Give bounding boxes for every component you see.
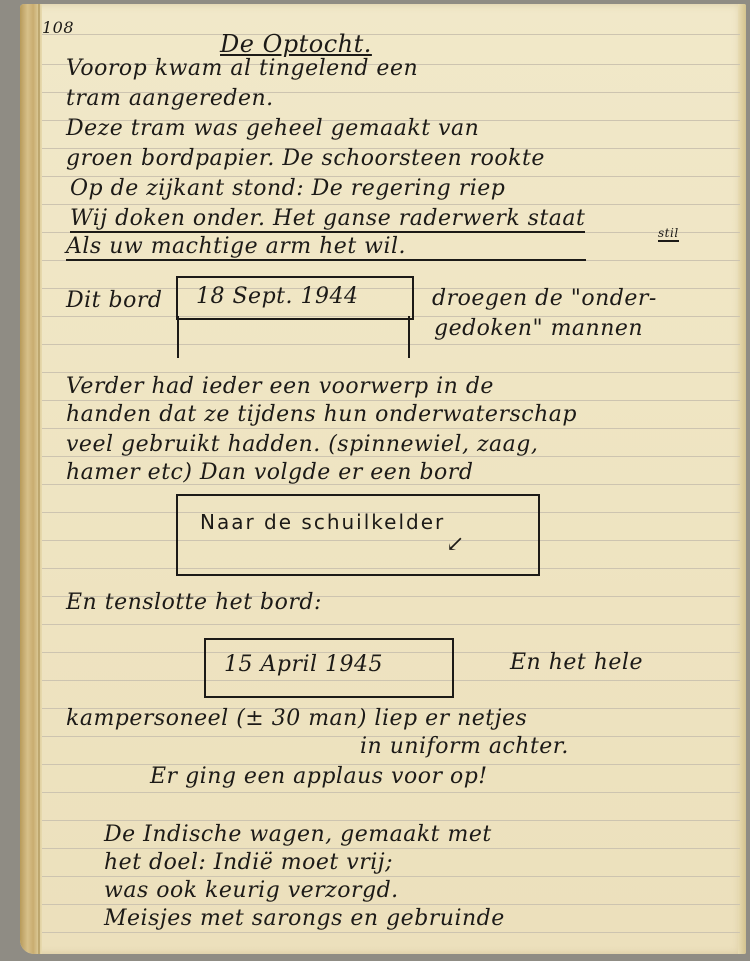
- ruled-line: [42, 848, 740, 849]
- ruled-line: [42, 820, 740, 821]
- text-line: hamer etc) Dan volgde er een bord: [66, 460, 473, 485]
- page-edge: [738, 4, 746, 954]
- text-line: handen dat ze tijdens hun onderwaterscha…: [66, 402, 577, 427]
- sign-pole-left: [177, 316, 179, 358]
- sign-board-liberation: 15 April 1945: [204, 638, 454, 698]
- sign-prefix: Dit bord: [66, 288, 162, 313]
- sign-caption: droegen de "onder-: [432, 286, 657, 311]
- ruled-line: [42, 792, 740, 793]
- text-line: De Indische wagen, gemaakt met: [104, 822, 492, 847]
- ruled-line: [42, 400, 740, 401]
- ruled-line: [42, 428, 740, 429]
- text-line: Voorop kwam al tingelend een: [66, 56, 418, 81]
- ruled-line: [42, 932, 740, 933]
- notebook-spine: [20, 4, 42, 954]
- ruled-line: [42, 34, 740, 35]
- text-line: groen bordpapier. De schoorsteen rookte: [66, 146, 545, 171]
- text-line-underlined: Wij doken onder. Het ganse raderwerk sta…: [70, 206, 585, 233]
- text-line: kampersoneel (± 30 man) liep er netjes: [66, 706, 527, 731]
- ruled-line: [42, 204, 740, 205]
- text-line: in uniform achter.: [360, 734, 569, 759]
- page-title: De Optocht.: [220, 30, 372, 58]
- sign-caption: En het hele: [510, 650, 643, 675]
- sign-caption: gedoken" mannen: [434, 316, 643, 341]
- notebook-page: 108 De Optocht. Voorop kwam al tingelend…: [20, 4, 746, 954]
- sign-board-shelter: Naar de schuilkelder ↙: [176, 494, 540, 576]
- sign-text: 15 April 1945: [224, 652, 383, 677]
- page-number: 108: [42, 18, 74, 37]
- text-line-underlined: Als uw machtige arm het wil.: [66, 234, 586, 261]
- sign-text: 18 Sept. 1944: [196, 284, 358, 309]
- sign-text: Naar de schuilkelder: [200, 510, 445, 534]
- ruled-line: [42, 624, 740, 625]
- correction-note: stil: [658, 226, 679, 242]
- text-line: veel gebruikt hadden. (spinnewiel, zaag,: [66, 432, 538, 457]
- text-line: het doel: Indië moet vrij;: [104, 850, 393, 875]
- text-line: Verder had ieder een voorwerp in de: [66, 374, 494, 399]
- text-line: En tenslotte het bord:: [66, 590, 322, 615]
- sign-pole-right: [408, 316, 410, 358]
- text-line: Op de zijkant stond: De regering riep: [70, 176, 505, 201]
- text-line: Meisjes met sarongs en gebruinde: [104, 906, 505, 931]
- text-line: tram aangereden.: [66, 86, 274, 111]
- sign-board-1940s: 18 Sept. 1944: [176, 276, 414, 320]
- ruled-line: [42, 904, 740, 905]
- text-line: was ook keurig verzorgd.: [104, 878, 399, 903]
- ruled-line: [42, 372, 740, 373]
- text-line: Er ging een applaus voor op!: [150, 764, 488, 789]
- ruled-line: [42, 344, 740, 345]
- arrow-down-left-icon: ↙: [446, 532, 464, 557]
- text-line: Deze tram was geheel gemaakt van: [66, 116, 479, 141]
- ruled-line: [42, 876, 740, 877]
